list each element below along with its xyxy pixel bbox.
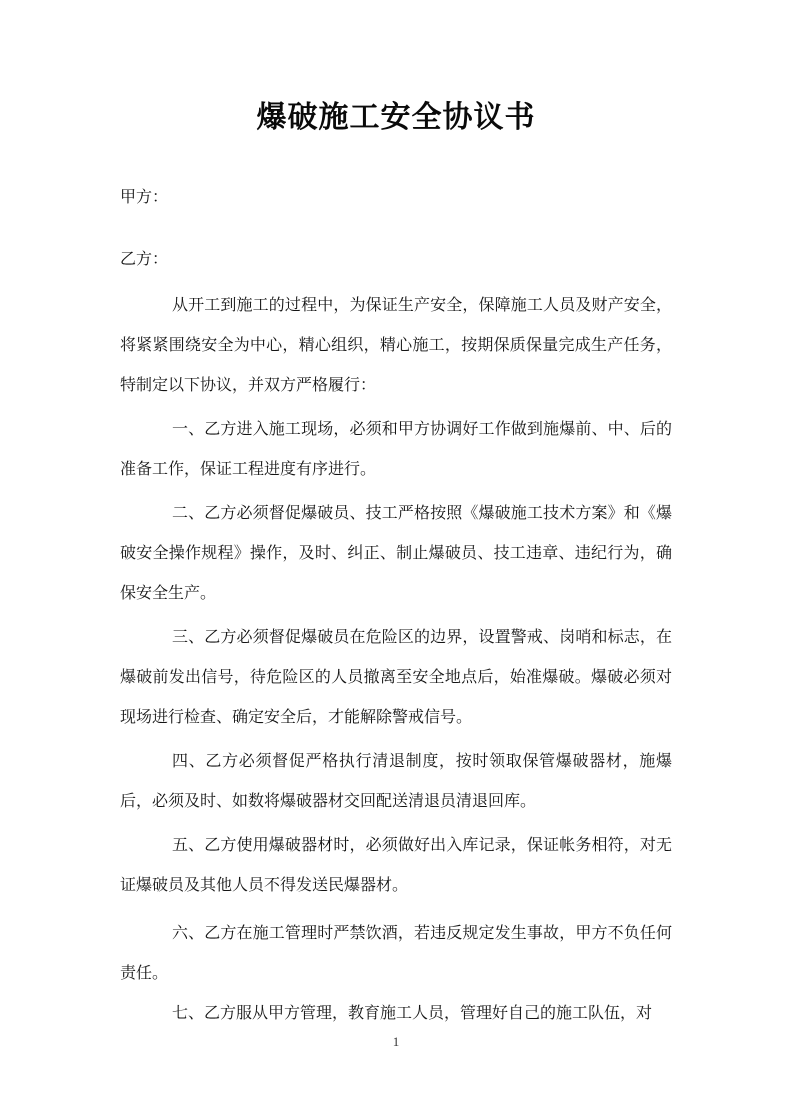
party-a-label: 甲方：	[120, 189, 168, 206]
clause-paragraph-3: 三、乙方必须督促爆破员在危险区的边界，设置警戒、岗哨和标志，在爆破前发出信号，待…	[120, 618, 672, 738]
clause-paragraph-2: 二、乙方必须督促爆破员、技工严格按照《爆破施工技术方案》和《爆破安全操作规程》操…	[120, 494, 672, 614]
party-b-label: 乙方：	[120, 251, 168, 268]
intro-paragraph: 从开工到施工的过程中，为保证生产安全，保障施工人员及财产安全，将紧紧围绕安全为中…	[120, 286, 672, 406]
clause-paragraph-5: 五、乙方使用爆破器材时，必须做好出入库记录，保证帐务相符，对无证爆破员及其他人员…	[120, 826, 672, 906]
document-page: 爆破施工安全协议书 甲方： 乙方： 从开工到施工的过程中，为保证生产安全，保障施…	[0, 0, 789, 1118]
clause-paragraph-4: 四、乙方必须督促严格执行清退制度，按时领取保管爆破器材，施爆后，必须及时、如数将…	[120, 742, 672, 822]
page-number: 1	[120, 1034, 672, 1050]
party-a-line: 甲方：	[120, 178, 672, 218]
clause-paragraph-7: 七、乙方服从甲方管理，教育施工人员，管理好自己的施工队伍，对	[120, 994, 672, 1034]
clause-paragraph-6: 六、乙方在施工管理时严禁饮酒，若违反规定发生事故，甲方不负任何责任。	[120, 914, 672, 994]
party-b-line: 乙方：	[120, 240, 672, 280]
document-content: 爆破施工安全协议书 甲方： 乙方： 从开工到施工的过程中，为保证生产安全，保障施…	[0, 96, 789, 1050]
clause-paragraph-1: 一、乙方进入施工现场，必须和甲方协调好工作做到施爆前、中、后的准备工作，保证工程…	[120, 410, 672, 490]
document-title: 爆破施工安全协议书	[120, 96, 672, 140]
